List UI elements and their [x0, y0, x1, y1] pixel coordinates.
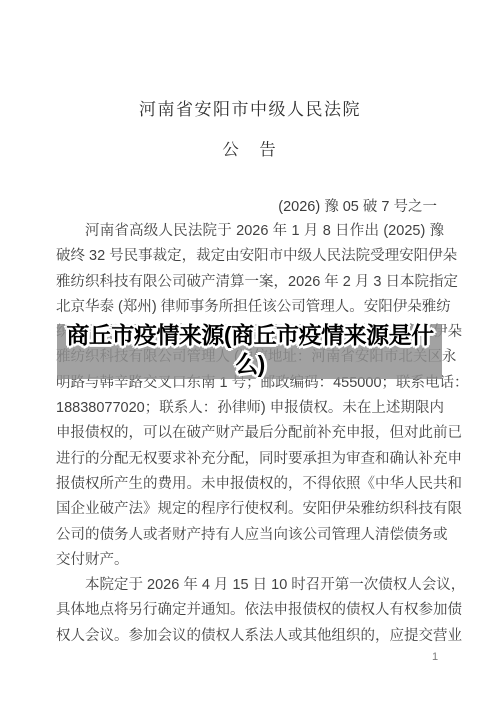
doc-line: 交付财产。	[56, 548, 444, 573]
doc-line: 报债权所产生的费用。未申报债权的，不得依照《中华人民共和	[56, 472, 444, 497]
announcement-body: 河南省高级人民法院于 2026 年 1 月 8 日作出 (2025) 豫 破终 …	[56, 219, 444, 649]
doc-line: 北京华泰 (郑州) 律师事务所担任该公司管理人。安阳伊朵雅纺	[56, 295, 444, 320]
page-number: 1	[432, 651, 438, 663]
doc-line: 申报债权的，可以在破产财产最后分配前补充申报，但对此前已	[56, 421, 444, 446]
doc-line: 公司的债务人或者财产持有人应当向该公司管理人清偿债务或	[56, 523, 444, 548]
notice-title: 公 告	[0, 136, 500, 160]
overlay-headline-line-1: 商丘市疫情来源(商丘市疫情来源是什	[0, 321, 500, 350]
doc-line: 破终 32 号民事裁定，裁定由安阳市中级人民法院受理安阳伊朵	[56, 244, 444, 269]
doc-line: 雅纺织科技有限公司破产清算一案，2026 年 2 月 3 日本院指定	[56, 270, 444, 295]
case-number: (2026) 豫 05 破 7 号之一	[0, 195, 437, 216]
overlay-headline: 商丘市疫情来源(商丘市疫情来源是什 么)	[0, 321, 500, 379]
doc-line: 本院定于 2026 年 4 月 15 日 10 时召开第一次债权人会议，	[56, 573, 444, 598]
doc-line: 具体地点将另行确定并通知。依法申报债权的债权人有权参加债	[56, 598, 444, 623]
announcement-page: 河南省安阳市中级人民法院 公 告 (2026) 豫 05 破 7 号之一 河南省…	[0, 0, 500, 706]
overlay-headline-line-2: 么)	[0, 350, 500, 379]
doc-line: 权人会议。参加会议的债权人系法人或其他组织的，应提交营业	[56, 624, 444, 649]
doc-line: 进行的分配无权要求补充分配，同时要承担为审查和确认补充申	[56, 447, 444, 472]
doc-line: 河南省高级人民法院于 2026 年 1 月 8 日作出 (2025) 豫	[56, 219, 444, 244]
doc-line: 18838077020；联系人：孙律师) 申报债权。未在上述期限内	[56, 396, 444, 421]
doc-line: 国企业破产法》规定的程序行使权利。安阳伊朵雅纺织科技有限	[56, 497, 444, 522]
court-name-heading: 河南省安阳市中级人民法院	[0, 95, 500, 120]
